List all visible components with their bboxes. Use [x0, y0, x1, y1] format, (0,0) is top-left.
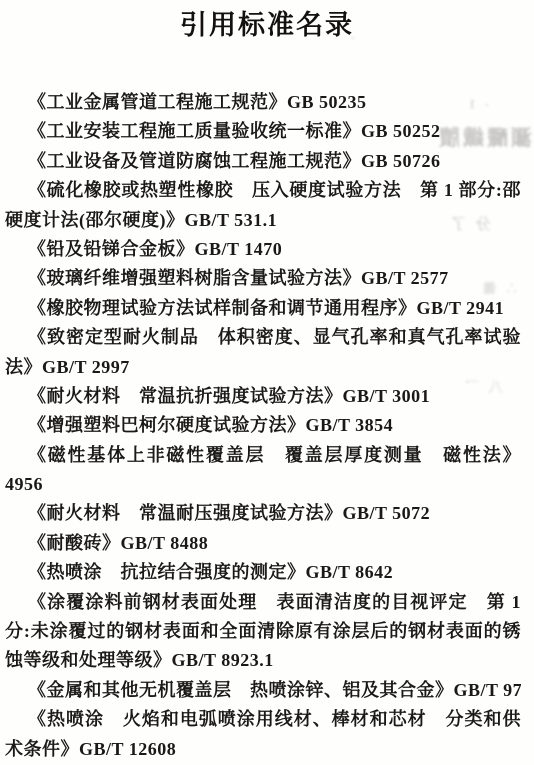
standard-entry: 《玻璃纤维增强塑料树脂含量试验方法》GB/T 2577 — [5, 264, 521, 293]
standard-entry: 《涂覆涂料前钢材表面处理 表面清洁度的目视评定 第 1 部分:未涂覆过的钢材表面… — [5, 588, 521, 676]
standard-entry: 《耐火材料 常温抗折强度试验方法》GB/T 3001 — [5, 382, 521, 411]
standard-entry-line: 4956 — [5, 470, 521, 499]
page-title: 引用标准名录 — [0, 8, 534, 42]
standard-entry-line: 硬度计法(邵尔硬度)》GB/T 531.1 — [5, 206, 521, 235]
standard-entry-line: 《工业金属管道工程施工规范》GB 50235 — [5, 88, 521, 117]
standard-entry: 《工业安装工程施工质量验收统一标准》GB 50252 — [5, 117, 521, 146]
standard-entry: 《热喷涂 火焰和电弧喷涂用线材、棒材和芯材 分类和供货技术条件》GB/T 126… — [5, 705, 521, 764]
standard-entry-line: 《磁性基体上非磁性覆盖层 覆盖层厚度测量 磁性法》GB/T — [5, 441, 521, 470]
standard-entry-line: 《硫化橡胶或热塑性橡胶 压入硬度试验方法 第 1 部分:邵氏 — [5, 176, 521, 205]
standards-list: 《工业金属管道工程施工规范》GB 50235《工业安装工程施工质量验收统一标准》… — [5, 88, 521, 764]
standard-entry-line: 《耐酸砖》GB/T 8488 — [5, 529, 521, 558]
standard-entry-line: 《铅及铅锑合金板》GB/T 1470 — [5, 235, 521, 264]
standard-entry: 《橡胶物理试验方法试样制备和调节通用程序》GB/T 2941 — [5, 294, 521, 323]
standard-entry-line: 《热喷涂 抗拉结合强度的测定》GB/T 8642 — [5, 558, 521, 587]
standard-entry-line: 法》GB/T 2997 — [5, 353, 521, 382]
standard-entry-line: 《工业设备及管道防腐蚀工程施工规范》GB 50726 — [5, 147, 521, 176]
standard-entry-line: 《涂覆涂料前钢材表面处理 表面清洁度的目视评定 第 1 部 — [5, 588, 521, 617]
standard-entry-line: 分:未涂覆过的钢材表面和全面清除原有涂层后的钢材表面的锈 — [5, 617, 521, 646]
standard-entry: 《工业设备及管道防腐蚀工程施工规范》GB 50726 — [5, 147, 521, 176]
standard-entry-line: 《耐火材料 常温耐压强度试验方法》GB/T 5072 — [5, 499, 521, 528]
standard-entry: 《金属和其他无机覆盖层 热喷涂锌、铝及其合金》GB/T 9793 — [5, 676, 521, 705]
standard-entry: 《硫化橡胶或热塑性橡胶 压入硬度试验方法 第 1 部分:邵氏硬度计法(邵尔硬度)… — [5, 176, 521, 235]
standard-entry-line: 《增强塑料巴柯尔硬度试验方法》GB/T 3854 — [5, 411, 521, 440]
standard-entry: 《耐火材料 常温耐压强度试验方法》GB/T 5072 — [5, 499, 521, 528]
standard-entry: 《增强塑料巴柯尔硬度试验方法》GB/T 3854 — [5, 411, 521, 440]
standard-entry-line: 《致密定型耐火制品 体积密度、显气孔率和真气孔率试验方 — [5, 323, 521, 352]
standard-entry-line: 术条件》GB/T 12608 — [5, 735, 521, 764]
standard-entry: 《铅及铅锑合金板》GB/T 1470 — [5, 235, 521, 264]
document-page: 引用标准名录 《工业金属管道工程施工规范》GB 50235《工业安装工程施工质量… — [0, 0, 534, 765]
standard-entry-line: 《热喷涂 火焰和电弧喷涂用线材、棒材和芯材 分类和供货技 — [5, 705, 521, 734]
standard-entry-line: 蚀等级和处理等级》GB/T 8923.1 — [5, 646, 521, 675]
standard-entry: 《工业金属管道工程施工规范》GB 50235 — [5, 88, 521, 117]
standard-entry-line: 《橡胶物理试验方法试样制备和调节通用程序》GB/T 2941 — [5, 294, 521, 323]
standard-entry-line: 《金属和其他无机覆盖层 热喷涂锌、铝及其合金》GB/T 9793 — [5, 676, 521, 705]
standard-entry-line: 《玻璃纤维增强塑料树脂含量试验方法》GB/T 2577 — [5, 264, 521, 293]
standard-entry: 《耐酸砖》GB/T 8488 — [5, 529, 521, 558]
standard-entry-line: 《耐火材料 常温抗折强度试验方法》GB/T 3001 — [5, 382, 521, 411]
standard-entry: 《热喷涂 抗拉结合强度的测定》GB/T 8642 — [5, 558, 521, 587]
standard-entry: 《致密定型耐火制品 体积密度、显气孔率和真气孔率试验方法》GB/T 2997 — [5, 323, 521, 382]
standard-entry: 《磁性基体上非磁性覆盖层 覆盖层厚度测量 磁性法》GB/T4956 — [5, 441, 521, 500]
standard-entry-line: 《工业安装工程施工质量验收统一标准》GB 50252 — [5, 117, 521, 146]
